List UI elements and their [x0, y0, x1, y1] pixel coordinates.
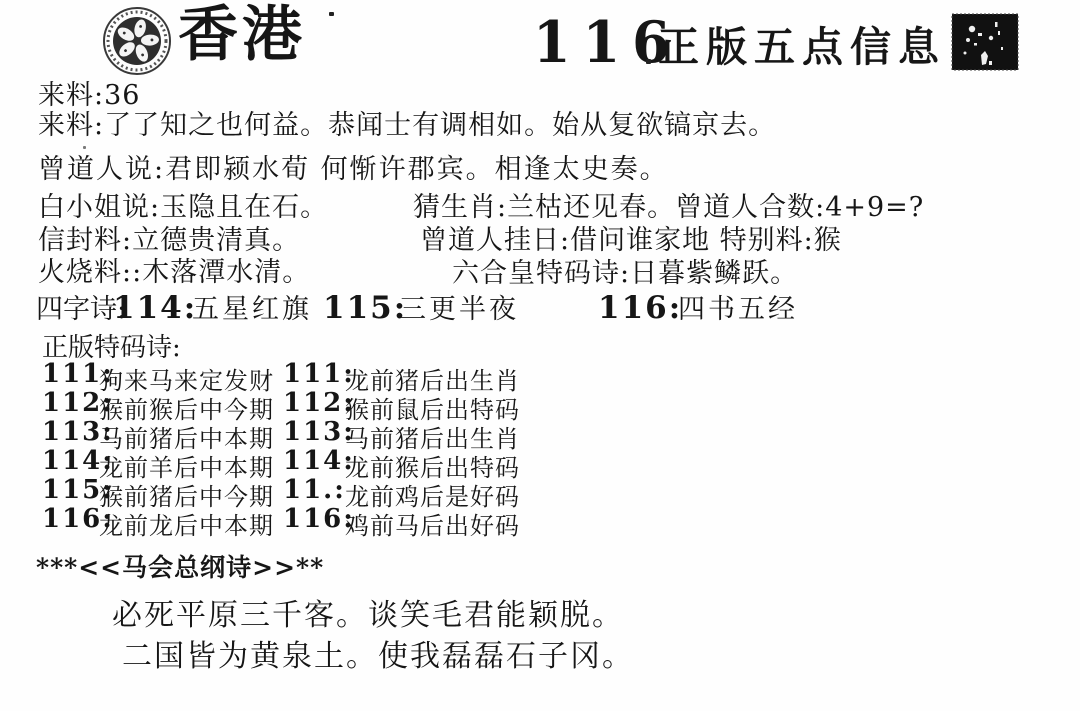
region-title: 香港	[178, 0, 306, 70]
caishengxiao-line: 猜生肖:兰枯还见春。曾道人合数:4+9=?	[413, 192, 924, 224]
zengdaoren-guari-line: 曾道人挂日:借问谁家地 特别料:猴	[420, 225, 842, 257]
page-title: 正版五点信息	[658, 22, 946, 72]
sizishi-entry-number: 116:	[598, 290, 682, 326]
dark-portrait-stamp-icon	[951, 13, 1021, 73]
lailiao-poem-line: 来料:了了知之也何益。恭闻士有调相如。始从复欲镐京去。	[38, 110, 776, 142]
tema-right-text: 鸡前马后出好码	[345, 506, 520, 541]
hong-kong-bauhinia-seal-icon	[101, 6, 173, 76]
tema-table-row: 112: 猴前猴后中今期 112: 猴前鼠后出特码	[0, 388, 1080, 417]
sizishi-entry-text: 五星红旗	[192, 293, 312, 327]
zonggang-poem-line: 必死平原三千客。谈笑毛君能颖脱。	[112, 590, 624, 634]
tema-table-row: 113: 马前猪后中本期 113: 马前猪后出生肖	[0, 417, 1080, 446]
lailiao-number-line: 来料:36	[38, 80, 140, 112]
zonggang-section-header: ***<<马会总纲诗>>**	[36, 548, 324, 584]
sizishi-entry-text: 四书五经	[678, 293, 798, 327]
sizishi-entry-number: 115:	[323, 290, 407, 326]
tema-table-row: 115: 猴前猪后中今期 11.: 龙前鸡后是好码	[0, 475, 1080, 504]
scan-speck	[83, 146, 86, 149]
tema-right-number: 11.:	[283, 475, 346, 505]
tema-table-row: 111: 狗来马来定发财 111: 龙前猪后出生肖	[0, 359, 1080, 388]
sizishi-entry-number: 114:	[113, 290, 197, 326]
tema-table-row: 116: 龙前龙后中本期 116: 鸡前马后出好码	[0, 504, 1080, 533]
baixiaojie-line: 白小姐说:玉隐且在石。	[38, 192, 328, 224]
xinfengliao-line: 信封料:立德贵清真。	[38, 225, 300, 257]
tema-table-row: 114: 龙前羊后中本期 114: 龙前猴后出特码	[0, 446, 1080, 475]
sizishi-entry-text: 三更半夜	[399, 293, 519, 327]
zonggang-poem-line: 二国皆为黄泉土。使我磊磊石子冈。	[122, 631, 634, 675]
huoshaoliao-line: 火烧料::木落潭水清。	[38, 257, 310, 289]
zengdaoren-line: 曾道人说:君即颍水荀 何惭许郡宾。相逢太史奏。	[38, 154, 669, 186]
lottery-info-sheet: 香港 116 正版五点信息 来料:36 来料:了了知之也何益。恭闻士有调相如。始…	[0, 0, 1080, 711]
scan-speck	[329, 12, 334, 16]
tema-left-text: 龙前龙后中本期	[99, 506, 274, 541]
scan-speck	[646, 59, 651, 64]
liuhehuang-line: 六合皇特码诗:日暮紫鳞跃。	[452, 258, 798, 290]
